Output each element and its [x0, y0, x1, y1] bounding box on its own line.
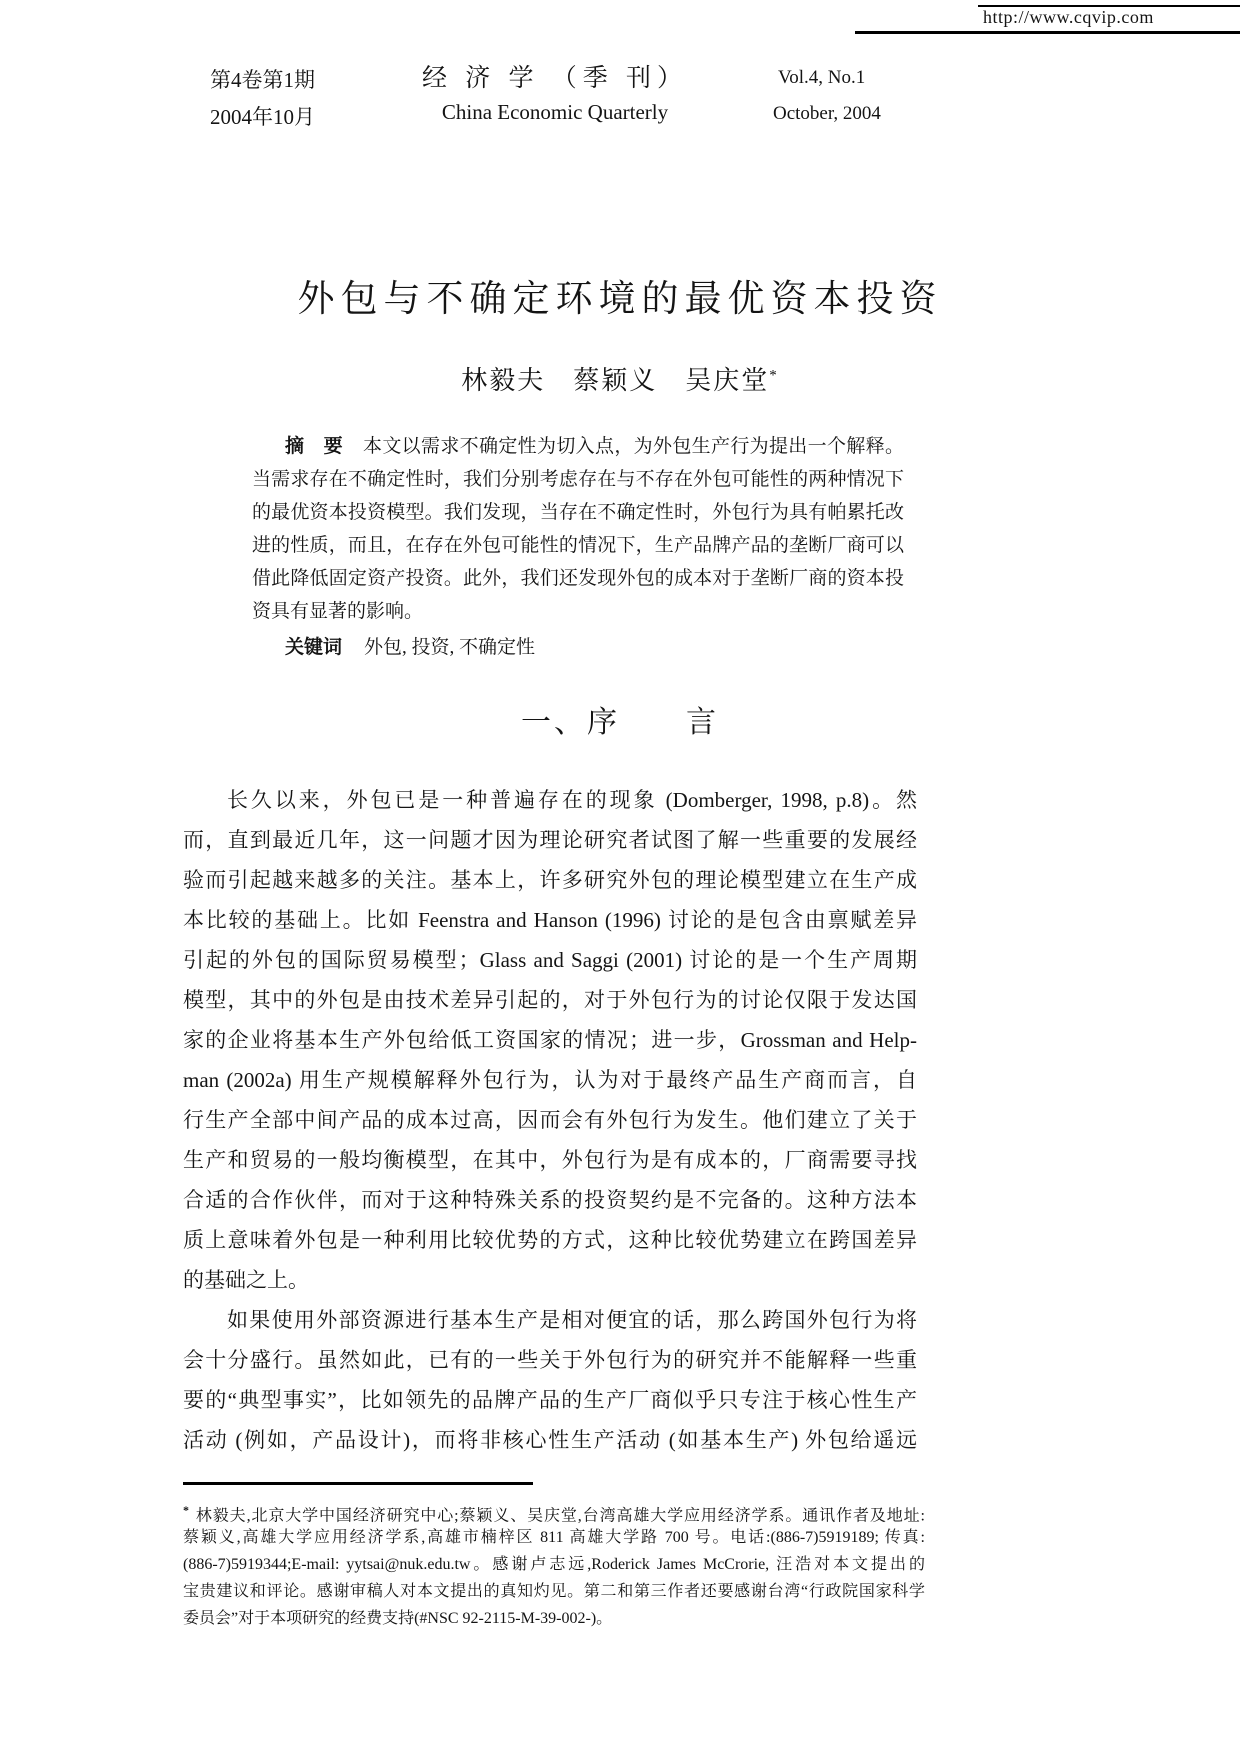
body-line: 引起的外包的国际贸易模型；Glass and Saggi (2001) 讨论的是… [183, 940, 917, 980]
journal-date-en: October, 2004 [773, 96, 933, 132]
authors-line: 林毅夫 蔡颖义 吴庆堂* [0, 360, 1240, 397]
keywords-text: 外包, 投资, 不确定性 [364, 637, 535, 658]
body-line: 验而引起越来越多的关注。基本上，许多研究外包的理论模型建立在生产成 [183, 860, 917, 900]
body-line: 家的企业将基本生产外包给低工资国家的情况；进一步，Grossman and He… [183, 1020, 917, 1060]
body-line: 行生产全部中间产品的成本过高，因而会有外包行为发生。他们建立了关于 [183, 1100, 917, 1140]
keywords-label: 关键词 [285, 637, 342, 658]
journal-volume-issue-en: Vol.4, No.1 [778, 60, 938, 96]
abstract-line: 当需求存在不确定性时，我们分别考虑存在与不存在外包可能性的两种情况下 [252, 463, 904, 496]
body-line: 如果使用外部资源进行基本生产是相对便宜的话，那么跨国外包行为将 [183, 1300, 917, 1340]
watermark-url: http://www.cqvip.com [983, 7, 1233, 28]
abstract-first-line: 摘 要本文以需求不确定性为切入点，为外包生产行为提出一个解释。 [252, 430, 904, 463]
journal-title-en: China Economic Quarterly [320, 100, 790, 125]
author-names: 林毅夫 蔡颖义 吴庆堂 [461, 366, 769, 395]
footnote-line: 蔡颖义,高雄大学应用经济学系,高雄市楠梓区 811 高雄大学路 700 号。电话… [183, 1524, 925, 1551]
section-heading: 一、序 言 [0, 697, 1240, 741]
body-line: 活动 (例如，产品设计)，而将非核心性生产活动 (如基本生产) 外包给遥远 [183, 1420, 917, 1460]
body-line: 本比较的基础上。比如 Feenstra and Hanson (1996) 讨论… [183, 900, 917, 940]
body-line: 生产和贸易的一般均衡模型，在其中，外包行为是有成本的，厂商需要寻找 [183, 1140, 917, 1180]
body-line: 要的“典型事实”，比如领先的品牌产品的生产厂商似乎只专注于核心性生产 [183, 1380, 917, 1420]
article-title: 外包与不确定环境的最优资本投资 [0, 268, 1240, 322]
footnote-line: 宝贵建议和评论。感谢审稿人对本文提出的真知灼见。第二和第三作者还要感谢台湾“行政… [183, 1578, 925, 1605]
author-note-marker: * [769, 367, 779, 383]
body-paragraph-1: 长久以来，外包已是一种普遍存在的现象 (Domberger, 1998, p.8… [183, 780, 917, 1300]
footnote-rule [183, 1482, 533, 1485]
abstract-line: 资具有显著的影响。 [252, 595, 904, 628]
abstract-line: 借此降低固定资产投资。此外，我们还发现外包的成本对于垄断厂商的资本投 [252, 562, 904, 595]
footnote-lines: 蔡颖义,高雄大学应用经济学系,高雄市楠梓区 811 高雄大学路 700 号。电话… [183, 1524, 925, 1632]
body-line: 模型，其中的外包是由技术差异引起的，对于外包行为的讨论仅限于发达国 [183, 980, 917, 1020]
body-line: man (2002a) 用生产规模解释外包行为，认为对于最终产品生产商而言，自 [183, 1060, 917, 1100]
footnote-line: (886-7)5919344;E-mail: yytsai@nuk.edu.tw… [183, 1551, 925, 1578]
body-line: 合适的合作伙伴，而对于这种特殊关系的投资契约是不完备的。这种方法本 [183, 1180, 917, 1220]
journal-title-cn: 经 济 学 （季 刊） [320, 58, 790, 94]
body-paragraph-2: 如果使用外部资源进行基本生产是相对便宜的话，那么跨国外包行为将会十分盛行。虽然如… [183, 1300, 917, 1460]
body-line: 长久以来，外包已是一种普遍存在的现象 (Domberger, 1998, p.8… [183, 780, 917, 820]
scanned-paper-page: http://www.cqvip.com 第4卷第1期 2004年10月 经 济… [0, 0, 1240, 1753]
abstract-lines: 当需求存在不确定性时，我们分别考虑存在与不存在外包可能性的两种情况下的最优资本投… [252, 463, 904, 628]
watermark-bottom-rule [855, 31, 1240, 34]
abstract-first-line-text: 本文以需求不确定性为切入点，为外包生产行为提出一个解释。 [363, 436, 904, 457]
footnote-first-line-text: 林毅夫,北京大学中国经济研究中心;蔡颖义、吴庆堂,台湾高雄大学应用经济学系。通讯… [195, 1507, 925, 1524]
body-line: 质上意味着外包是一种利用比较优势的方式，这种比较优势建立在跨国差异 [183, 1220, 917, 1260]
body-line: 而，直到最近几年，这一问题才因为理论研究者试图了解一些重要的发展经 [183, 820, 917, 860]
abstract-label: 摘 要 [285, 436, 343, 457]
footnote-marker: * [183, 1503, 189, 1517]
body-line: 会十分盛行。虽然如此，已有的一些关于外包行为的研究并不能解释一些重 [183, 1340, 917, 1380]
keywords-line: 关键词外包, 投资, 不确定性 [252, 632, 937, 659]
footnote-line: 委员会”对于本项研究的经费支持(#NSC 92-2115-M-39-002-)。 [183, 1605, 925, 1632]
abstract-line: 的最优资本投资模型。我们发现，当存在不确定性时，外包行为具有帕累托改 [252, 496, 904, 529]
body-line: 的基础之上。 [183, 1260, 917, 1300]
abstract-line: 进的性质，而且，在存在外包可能性的情况下，生产品牌产品的垄断厂商可以 [252, 529, 904, 562]
